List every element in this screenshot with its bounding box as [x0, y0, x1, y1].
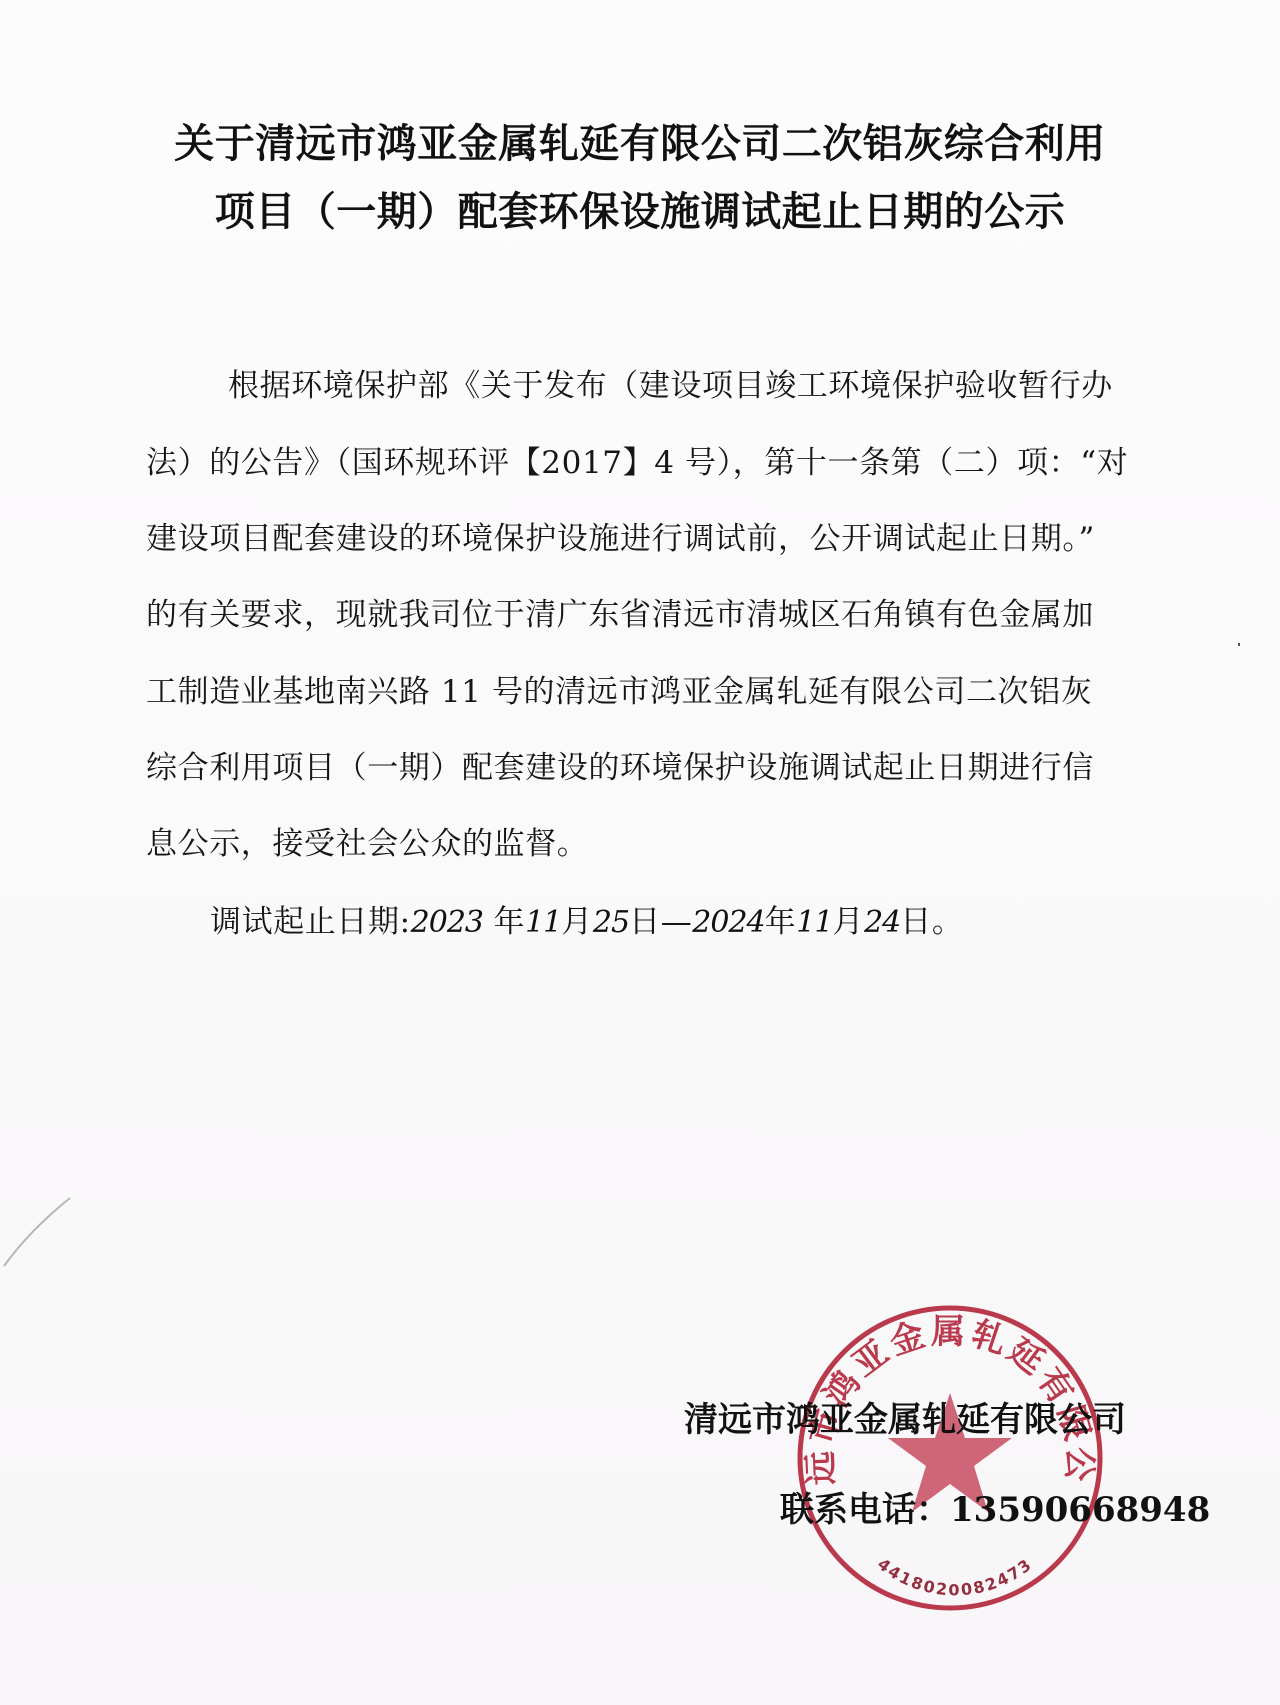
- year-char: 年: [493, 904, 525, 940]
- debug-period-line: 调试起止日期:2023 年11月25日—2024年11月24日。: [210, 902, 1210, 943]
- end-day-handwritten: 24: [864, 905, 900, 940]
- month-char: 月: [561, 904, 593, 940]
- signature-phone-line: 联系电话：13590668948: [780, 1482, 1210, 1531]
- document-title-line-1: 关于清远市鸿亚金属轧延有限公司二次铝灰综合利用: [0, 112, 1280, 169]
- year-char: 年: [765, 904, 797, 940]
- body-line-6: 综合利用项目（一期）配套建设的环境保护设施调试起止日期进行信: [146, 748, 1146, 788]
- document-title-line-2: 项目（一期）配套环保设施调试起止日期的公示: [0, 180, 1280, 237]
- company-seal-icon: 清远市鸿亚金属轧延有限公司 4418020082473: [790, 1298, 1110, 1618]
- body-line-1: 根据环境保护部《关于发布（建设项目竣工环境保护验收暂行办: [228, 366, 1228, 406]
- document-page: 关于清远市鸿亚金属轧延有限公司二次铝灰综合利用 项目（一期）配套环保设施调试起止…: [0, 0, 1280, 1705]
- body-line-7: 息公示，接受社会公众的监督。: [146, 824, 1146, 864]
- phone-number: 13590668948: [950, 1490, 1210, 1530]
- end-year-handwritten: 2024: [692, 905, 764, 940]
- start-month-handwritten: 11: [525, 905, 561, 940]
- body-line-4: 的有关要求，现就我司位于清广东省清远市清城区石角镇有色金属加: [146, 595, 1146, 635]
- body-line-2: 法）的公告》（国环规环评【2017】4 号），第十一条第（二）项：“对: [146, 443, 1146, 483]
- start-year-handwritten: 2023: [411, 905, 483, 940]
- scan-speck: [1238, 643, 1240, 646]
- month-char: 月: [832, 904, 864, 940]
- body-line-5: 工制造业基地南兴路 11 号的清远市鸿亚金属轧延有限公司二次铝灰: [146, 672, 1146, 712]
- body-line-3: 建设项目配套建设的环境保护设施进行调试前，公开调试起止日期。”: [146, 519, 1146, 559]
- start-day-handwritten: 25: [593, 905, 629, 940]
- signature-company: 清远市鸿亚金属轧延有限公司: [684, 1392, 1126, 1441]
- end-month-handwritten: 11: [796, 905, 832, 940]
- scan-mark-icon: [0, 1190, 80, 1270]
- debug-period-label: 调试起止日期:: [210, 904, 411, 940]
- end-punct: 日。: [900, 904, 963, 940]
- date-separator: —: [661, 904, 693, 940]
- phone-label: 联系电话：: [780, 1490, 950, 1530]
- day-char: 日: [629, 904, 661, 940]
